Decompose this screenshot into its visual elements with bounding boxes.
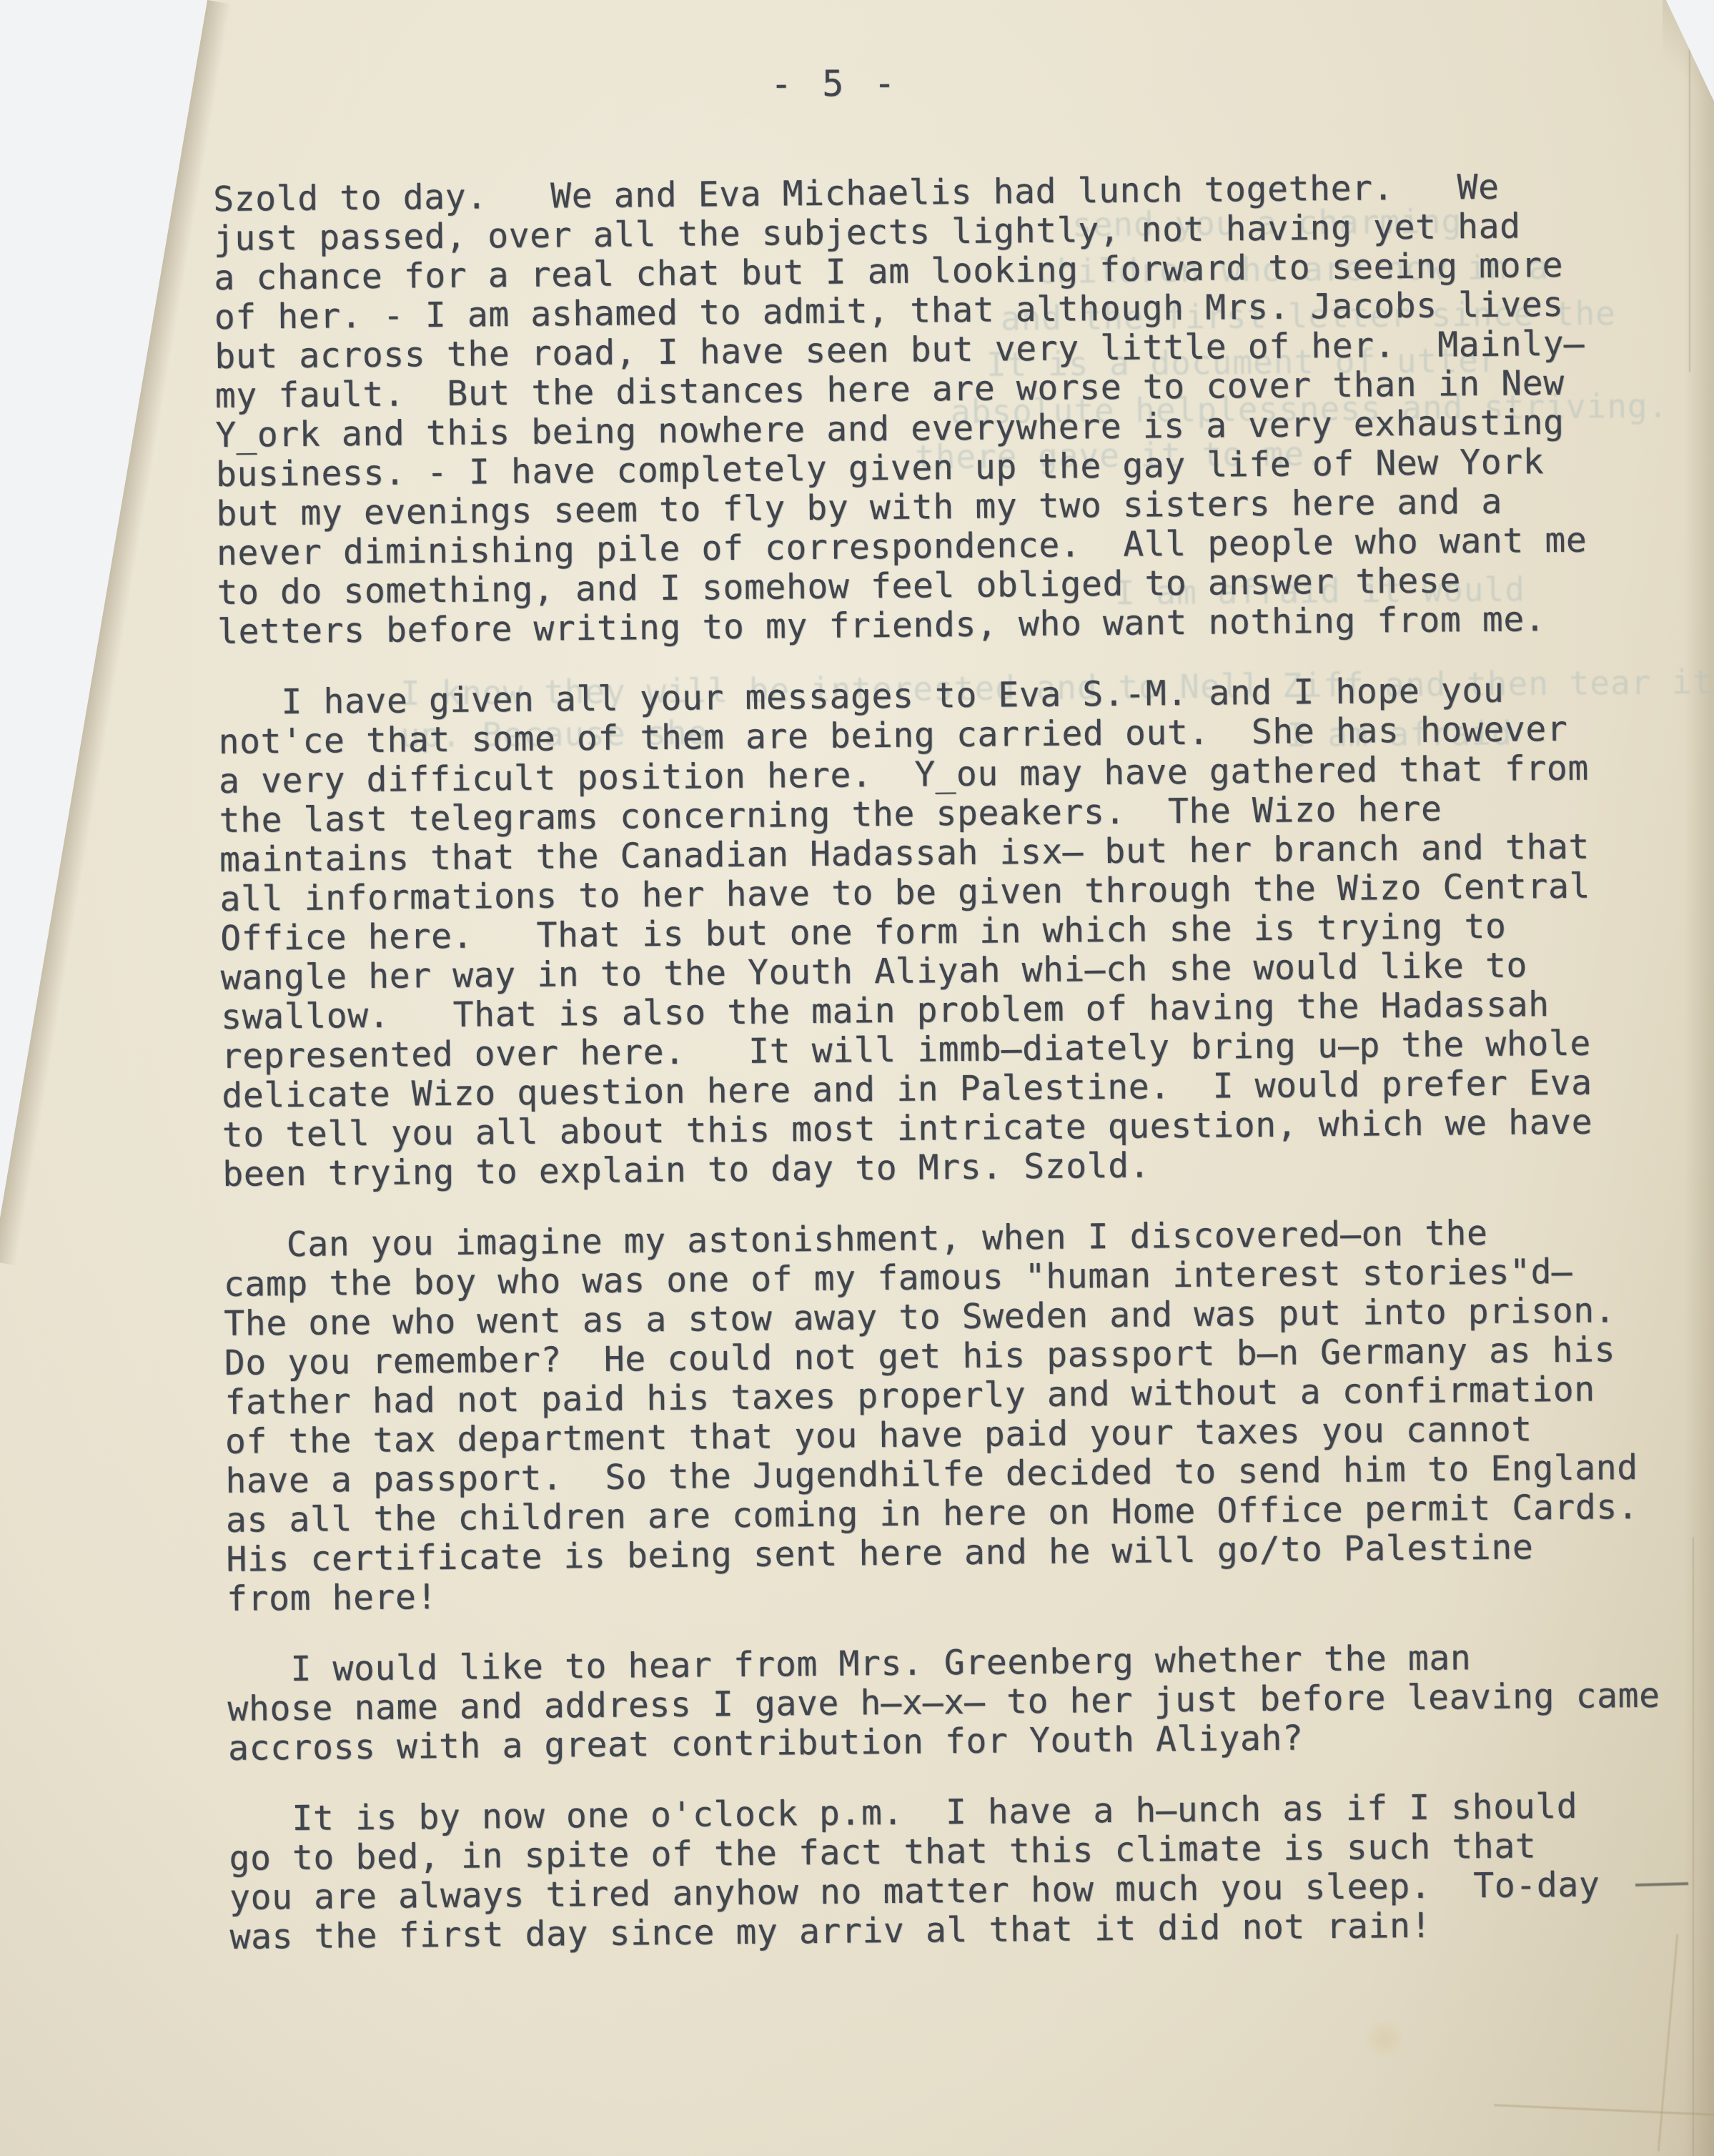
paper-corner-fold [1663,0,1714,122]
paper-crease-bottom [1693,1537,1694,2156]
under-sheet-edge [1494,2104,1714,2115]
under-sheet-edge [1658,1934,1679,2151]
scan-background: { "colors":{ "background":"#f2f3f5", "pa… [0,0,1714,2156]
paragraph: I would like to hear from Mrs. Greenberg… [227,1636,1679,1768]
paper-stain [1362,2020,1407,2057]
paper-crease-top [1689,0,1690,372]
paragraph: I have given all your messages to Eva S.… [218,669,1674,1194]
paragraph: Can you imagine my astonishment, when I … [223,1212,1678,1618]
letter-page: - 5 - send you a charmingchildren who ar… [0,0,1714,2156]
letter-body: Szold to day. We and Eva Michaelis had l… [213,167,1681,1957]
paragraph: It is by now one o'clock p.m. I have a h… [229,1786,1681,1957]
paper-left-edge [0,0,232,1265]
paragraph: Szold to day. We and Eva Michaelis had l… [213,167,1668,652]
page-number: - 5 - [771,62,900,104]
